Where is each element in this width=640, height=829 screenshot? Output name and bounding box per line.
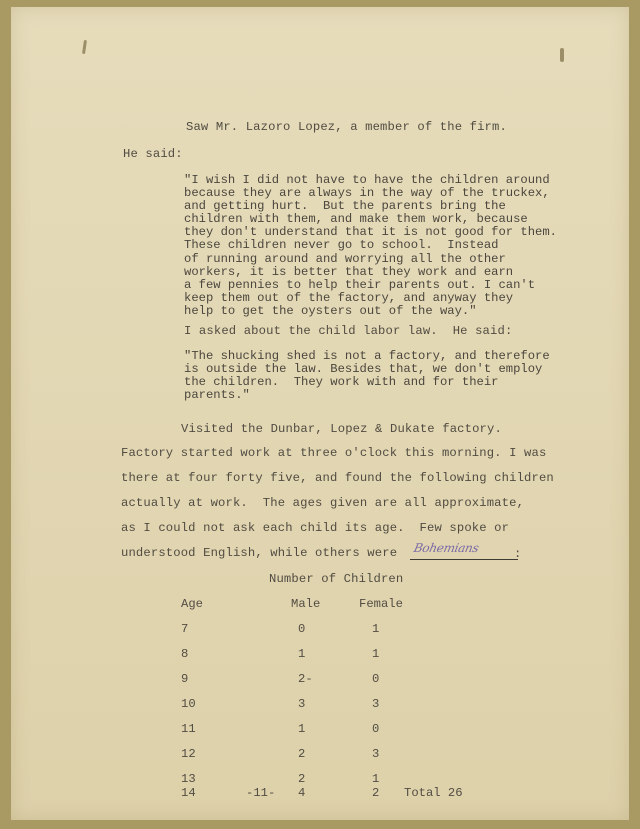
quote-line: help to get the oysters out of the way." <box>184 305 544 318</box>
quote-child-labor-law: "The shucking shed is not a factory, and… <box>184 350 544 402</box>
total-label: Total 26 <box>404 787 463 800</box>
age-cell: 12 <box>181 748 196 761</box>
male-cell: 4 <box>298 787 305 800</box>
age-cell: 10 <box>181 698 196 711</box>
quote-line: These children never go to school. Inste… <box>184 239 544 252</box>
header-female: Female <box>359 598 403 611</box>
male-cell: 1 <box>298 648 305 661</box>
handwritten-word: Bohemians <box>413 541 480 555</box>
age-cell: 9 <box>181 673 188 686</box>
body-line: actually at work. The ages given are all… <box>121 497 524 510</box>
male-cell: 0 <box>298 623 305 636</box>
female-cell: 0 <box>372 723 379 736</box>
female-cell: 3 <box>372 698 379 711</box>
he-said-line: He said: <box>123 148 183 161</box>
female-cell: 3 <box>372 748 379 761</box>
female-cell: 2 <box>372 787 379 800</box>
female-cell: 1 <box>372 648 379 661</box>
quote-line: a few pennies to help their parents out.… <box>184 279 544 292</box>
female-cell: 1 <box>372 773 379 786</box>
male-cell: 2 <box>298 773 305 786</box>
header-male: Male <box>291 598 320 611</box>
quote-line: keep them out of the factory, and anyway… <box>184 292 544 305</box>
quote-lopez: "I wish I did not have to have the child… <box>184 174 544 318</box>
body-line: understood English, while others were <box>121 547 397 560</box>
male-cell: 3 <box>298 698 305 711</box>
intro-line: Saw Mr. Lazoro Lopez, a member of the fi… <box>186 121 507 134</box>
age-cell: 14 <box>181 787 196 800</box>
female-cell: 0 <box>372 673 379 686</box>
quote-line: parents." <box>184 389 544 402</box>
asked-line: I asked about the child labor law. He sa… <box>184 325 512 338</box>
margin-mark-right <box>560 48 564 62</box>
handwritten-annotation: Bohemians <box>410 541 518 560</box>
page-number: -11- <box>246 787 275 800</box>
male-cell: 2 <box>298 748 305 761</box>
body-line: Factory started work at three o'clock th… <box>121 447 546 460</box>
header-age: Age <box>181 598 203 611</box>
quote-line: workers, it is better that they work and… <box>184 266 544 279</box>
colon: : <box>514 548 521 561</box>
body-line: there at four forty five, and found the … <box>121 472 554 485</box>
body-line: as I could not ask each child its age. F… <box>121 522 509 535</box>
age-cell: 7 <box>181 623 188 636</box>
female-cell: 1 <box>372 623 379 636</box>
male-cell: 2- <box>298 673 313 686</box>
visited-line: Visited the Dunbar, Lopez & Dukate facto… <box>181 423 502 436</box>
age-cell: 8 <box>181 648 188 661</box>
quote-line: of running around and worrying all the o… <box>184 253 544 266</box>
age-cell: 11 <box>181 723 196 736</box>
male-cell: 1 <box>298 723 305 736</box>
age-cell: 13 <box>181 773 196 786</box>
table-title: Number of Children <box>269 573 403 586</box>
